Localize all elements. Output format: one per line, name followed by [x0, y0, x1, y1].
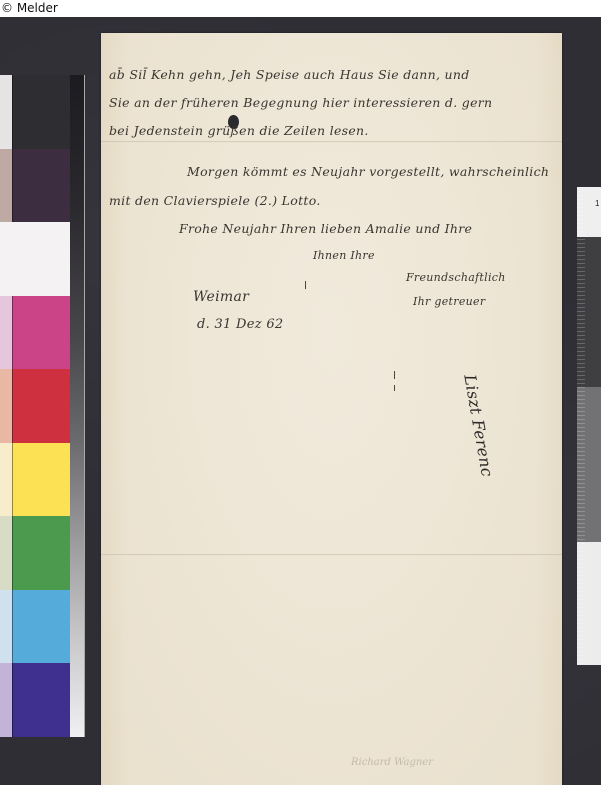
grayscale-calibration-strip: [70, 75, 85, 737]
color-patch-dark: [12, 663, 70, 737]
color-patch-row: [0, 516, 70, 590]
color-patch-light: [0, 222, 70, 296]
color-patch-light: [0, 590, 12, 664]
color-patch-dark: [12, 443, 70, 517]
color-patch-dark: [12, 296, 70, 370]
color-patch-light: [0, 75, 12, 149]
handwritten-line-5: mit den Clavierspiele (2.) Lotto.: [109, 193, 321, 208]
color-patch-dark: [12, 75, 70, 149]
right-grayscale-strip: 1: [577, 187, 601, 665]
color-patch-light: [0, 443, 12, 517]
handwritten-line-1: ab̄ Sil̄ Kehn gehn, Jeh Speise auch Haus…: [109, 67, 470, 82]
copyright-credit: © Melder: [0, 0, 601, 17]
color-patch-row: [0, 296, 70, 370]
color-patch-dark: [12, 516, 70, 590]
color-patch-row: [0, 75, 70, 149]
document-scan: 1 ab̄ Sil̄ Kehn gehn, Jeh Speise auch Ha…: [0, 17, 601, 785]
scale-label: 1: [595, 199, 599, 208]
color-patch-dark: [12, 149, 70, 223]
signature-vertical: Liszt Ferenc: [460, 373, 497, 478]
color-patch-light: [0, 149, 12, 223]
closing-salutation: Freundschaftlich: [406, 271, 506, 284]
pencil-annotation: Richard Wagner: [351, 757, 433, 768]
handwritten-line-7: Ihnen Ihre: [313, 249, 375, 262]
handwritten-line-6: Frohe Neujahr Ihren lieben Amalie und Ih…: [179, 221, 472, 236]
color-patch-dark: [12, 369, 70, 443]
letter-page: ab̄ Sil̄ Kehn gehn, Jeh Speise auch Haus…: [101, 33, 562, 785]
place-name: Weimar: [193, 289, 249, 305]
pencil-mark: [305, 281, 306, 289]
color-patch-row: [0, 443, 70, 517]
pencil-mark: [394, 371, 395, 379]
color-patch-light: [0, 516, 12, 590]
color-patch-row: [0, 369, 70, 443]
fold-line-upper: [101, 141, 562, 143]
color-patch-row: [0, 149, 70, 223]
color-patch-row: [0, 663, 70, 737]
handwritten-line-2: Sie an der früheren Begegnung hier inter…: [109, 95, 492, 110]
handwritten-line-4: Morgen kömmt es Neujahr vorgestellt, wah…: [187, 164, 549, 179]
color-calibration-chart: [0, 75, 71, 737]
pencil-mark: [394, 385, 395, 391]
color-patch-light: [0, 369, 12, 443]
color-patch-dark: [12, 590, 70, 664]
letter-date: d. 31 Dez 62: [197, 317, 284, 332]
color-patch-light: [0, 296, 12, 370]
scale-ticks: [577, 187, 585, 665]
handwritten-line-3: bei Jedenstein grüßen die Zeilen lesen.: [109, 123, 369, 138]
closing-line-2: Ihr getreuer: [413, 295, 485, 308]
fold-line-lower: [101, 554, 562, 556]
color-patch-light: [0, 663, 12, 737]
color-patch-row: [0, 590, 70, 664]
color-patch-row: [0, 222, 70, 296]
